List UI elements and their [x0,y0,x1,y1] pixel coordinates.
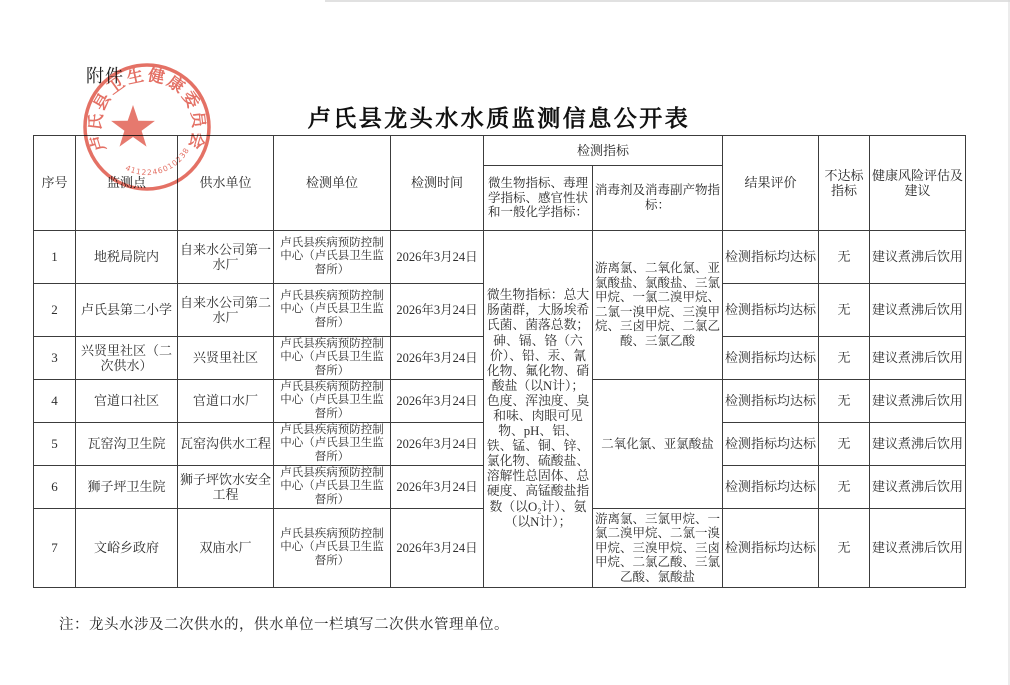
cell-advice: 建议煮沸后饮用 [870,465,966,508]
cell-result: 检测指标均达标 [723,337,819,380]
cell-lab: 卢氏县疾病预防控制中心（卢氏县卫生监督所） [274,337,391,380]
cell-failed: 无 [819,231,870,284]
header-lab: 检测单位 [274,136,391,231]
cell-lab: 卢氏县疾病预防控制中心（卢氏县卫生监督所） [274,231,391,284]
cell-date: 2026年3月24日 [391,465,484,508]
cell-date: 2026年3月24日 [391,508,484,587]
cell-failed: 无 [819,422,870,465]
cell-date: 2026年3月24日 [391,337,484,380]
cell-sequence: 1 [34,231,76,284]
cell-result: 检测指标均达标 [723,379,819,422]
cell-site: 官道口社区 [76,379,178,422]
cell-indicators-disinfectant-c: 游离氯、三氯甲烷、一氯二溴甲烷、二氯一溴甲烷、三溴甲烷、三卤甲烷、二氯乙酸、三氯… [593,508,723,587]
cell-advice: 建议煮沸后饮用 [870,231,966,284]
cell-result: 检测指标均达标 [723,465,819,508]
cell-advice: 建议煮沸后饮用 [870,508,966,587]
cell-lab: 卢氏县疾病预防控制中心（卢氏县卫生监督所） [274,379,391,422]
cell-supplier: 瓦窑沟供水工程 [178,422,274,465]
cell-lab: 卢氏县疾病预防控制中心（卢氏县卫生监督所） [274,422,391,465]
monitoring-table: 序号 监测点 供水单位 检测单位 检测时间 检测指标 结果评价 不达标指标 健康… [33,135,966,588]
cell-sequence: 6 [34,465,76,508]
cell-date: 2026年3月24日 [391,284,484,337]
header-date: 检测时间 [391,136,484,231]
attachment-label: 附件 [86,62,124,88]
header-site: 监测点 [76,136,178,231]
cell-advice: 建议煮沸后饮用 [870,422,966,465]
cell-result: 检测指标均达标 [723,284,819,337]
cell-site: 狮子坪卫生院 [76,465,178,508]
cell-failed: 无 [819,337,870,380]
header-indicators-disinfectant: 消毒剂及消毒副产物指标： [593,166,723,231]
cell-failed: 无 [819,284,870,337]
cell-failed: 无 [819,465,870,508]
cell-supplier: 兴贤里社区 [178,337,274,380]
table-row: 1 地税局院内 自来水公司第一水厂 卢氏县疾病预防控制中心（卢氏县卫生监督所） … [34,231,966,284]
footnote: 注：龙头水涉及二次供水的，供水单位一栏填写二次供水管理单位。 [59,613,509,634]
cell-supplier: 官道口水厂 [178,379,274,422]
cell-date: 2026年3月24日 [391,379,484,422]
header-result: 结果评价 [723,136,819,231]
cell-supplier: 自来水公司第一水厂 [178,231,274,284]
scan-artifact-top [325,0,1010,2]
cell-sequence: 3 [34,337,76,380]
cell-sequence: 5 [34,422,76,465]
cell-site: 瓦窑沟卫生院 [76,422,178,465]
cell-sequence: 7 [34,508,76,587]
cell-result: 检测指标均达标 [723,508,819,587]
cell-advice: 建议煮沸后饮用 [870,379,966,422]
cell-supplier: 自来水公司第二水厂 [178,284,274,337]
cell-site: 卢氏县第二小学 [76,284,178,337]
cell-result: 检测指标均达标 [723,231,819,284]
header-sequence: 序号 [34,136,76,231]
cell-sequence: 2 [34,284,76,337]
cell-site: 地税局院内 [76,231,178,284]
cell-site: 文峪乡政府 [76,508,178,587]
cell-indicators-micro: 微生物指标：总大肠菌群，大肠埃希氏菌、菌落总数；砷、镉、铬（六价）、铅、汞、氰化… [484,231,593,588]
header-indicators-group: 检测指标 [484,136,723,166]
header-indicators-micro: 微生物指标、毒理学指标、感官性状和一般化学指标： [484,166,593,231]
cell-supplier: 狮子坪饮水安全工程 [178,465,274,508]
cell-indicators-disinfectant-b: 二氧化氯、亚氯酸盐 [593,379,723,508]
cell-lab: 卢氏县疾病预防控制中心（卢氏县卫生监督所） [274,508,391,587]
page-title: 卢氏县龙头水水质监测信息公开表 [33,100,965,133]
header-supplier: 供水单位 [178,136,274,231]
cell-advice: 建议煮沸后饮用 [870,284,966,337]
cell-sequence: 4 [34,379,76,422]
header-advice: 健康风险评估及建议 [870,136,966,231]
header-failed: 不达标指标 [819,136,870,231]
cell-indicators-disinfectant-a: 游离氯、二氧化氯、亚氯酸盐、氯酸盐、三氯甲烷、一氯二溴甲烷、二氯一溴甲烷、三溴甲… [593,231,723,380]
cell-failed: 无 [819,379,870,422]
cell-result: 检测指标均达标 [723,422,819,465]
cell-lab: 卢氏县疾病预防控制中心（卢氏县卫生监督所） [274,465,391,508]
cell-site: 兴贤里社区（二次供水） [76,337,178,380]
cell-date: 2026年3月24日 [391,231,484,284]
cell-failed: 无 [819,508,870,587]
cell-date: 2026年3月24日 [391,422,484,465]
cell-lab: 卢氏县疾病预防控制中心（卢氏县卫生监督所） [274,284,391,337]
cell-advice: 建议煮沸后饮用 [870,337,966,380]
cell-supplier: 双庙水厂 [178,508,274,587]
